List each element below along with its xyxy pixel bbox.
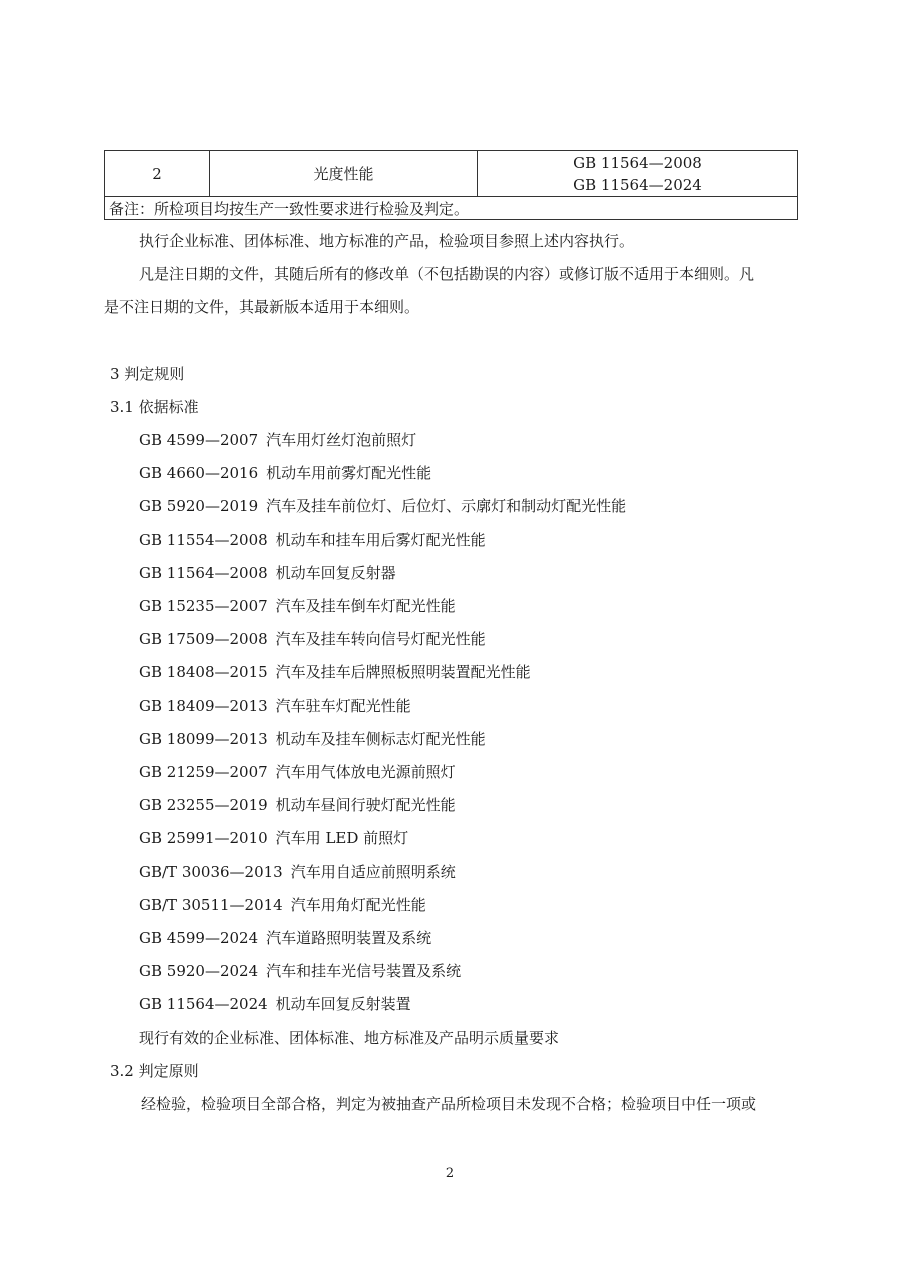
standards-cell: GB 11564—2008 GB 11564—2024 (478, 151, 798, 197)
standard-code: GB 5920—2024 (139, 961, 258, 981)
inspection-item: 光度性能 (210, 151, 478, 197)
standard-title: 汽车用自适应前照明系统 (291, 863, 456, 881)
standard-list-item: GB 17509—2008汽车及挂车转向信号灯配光性能 (139, 629, 486, 649)
standard-title: 机动车昼间行驶灯配光性能 (276, 796, 456, 814)
standard-list-item: GB 5920—2024汽车和挂车光信号装置及系统 (139, 961, 461, 981)
standard-code: GB 18408—2015 (139, 662, 268, 682)
standard-title: 汽车用角灯配光性能 (291, 896, 426, 914)
standard-list-item: GB 23255—2019机动车昼间行驶灯配光性能 (139, 795, 456, 815)
standard-list-item: GB 11564—2024机动车回复反射装置 (139, 994, 411, 1014)
standard-list-item: GB 4599—2024汽车道路照明装置及系统 (139, 928, 431, 948)
standard-list-item: GB 4599—2007汽车用灯丝灯泡前照灯 (139, 430, 416, 450)
standard-code: GB/T 30511—2014 (139, 895, 283, 915)
standard-title: 汽车用 LED 前照灯 (276, 829, 408, 847)
standards-closing-line: 现行有效的企业标准、团体标准、地方标准及产品明示质量要求 (139, 1028, 559, 1048)
standard-code: GB 5920—2019 (139, 496, 258, 516)
standard-list-item: GB 5920—2019汽车及挂车前位灯、后位灯、示廓灯和制动灯配光性能 (139, 496, 626, 516)
standard-title: 汽车及挂车转向信号灯配光性能 (276, 630, 486, 648)
standard-ref: GB 11564—2008 (478, 152, 797, 174)
page-number: 2 (0, 1166, 900, 1181)
standard-list-item: GB 15235—2007汽车及挂车倒车灯配光性能 (139, 596, 456, 616)
judgment-principle-text: 经检验，检验项目全部合格，判定为被抽查产品所检项目未发现不合格；检验项目中任一项… (141, 1094, 756, 1114)
standard-title: 机动车回复反射器 (276, 564, 396, 582)
standard-list-item: GB 25991—2010汽车用 LED 前照灯 (139, 828, 408, 848)
standard-code: GB 4599—2007 (139, 430, 258, 450)
table-note: 备注：所检项目均按生产一致性要求进行检验及判定。 (105, 197, 798, 220)
standard-title: 汽车道路照明装置及系统 (266, 929, 431, 947)
standard-code: GB 15235—2007 (139, 596, 268, 616)
section-heading-3: 3 判定规则 (110, 364, 184, 384)
standard-title: 机动车和挂车用后雾灯配光性能 (276, 531, 486, 549)
standard-code: GB 4660—2016 (139, 463, 258, 483)
standard-code: GB 11564—2008 (139, 563, 268, 583)
standard-code: GB/T 30036—2013 (139, 862, 283, 882)
standard-code: GB 4599—2024 (139, 928, 258, 948)
paragraph-enterprise-standards: 执行企业标准、团体标准、地方标准的产品，检验项目参照上述内容执行。 (139, 231, 634, 251)
standard-title: 汽车及挂车后牌照板照明装置配光性能 (276, 663, 531, 681)
document-page: 2 光度性能 GB 11564—2008 GB 11564—2024 备注：所检… (0, 0, 900, 1273)
standard-list-item: GB/T 30511—2014汽车用角灯配光性能 (139, 895, 426, 915)
standard-code: GB 25991—2010 (139, 828, 268, 848)
standard-title: 机动车用前雾灯配光性能 (266, 464, 431, 482)
section-heading-3-2: 3.2 判定原则 (110, 1061, 199, 1081)
standard-code: GB 18409—2013 (139, 696, 268, 716)
standard-list-item: GB 4660—2016机动车用前雾灯配光性能 (139, 463, 431, 483)
standard-title: 汽车及挂车前位灯、后位灯、示廓灯和制动灯配光性能 (266, 497, 626, 515)
standard-code: GB 11554—2008 (139, 530, 268, 550)
standard-list-item: GB 11564—2008机动车回复反射器 (139, 563, 396, 583)
standard-list-item: GB/T 30036—2013汽车用自适应前照明系统 (139, 862, 456, 882)
section-heading-3-1: 3.1 依据标准 (110, 397, 199, 417)
standard-title: 汽车及挂车倒车灯配光性能 (276, 597, 456, 615)
standard-ref: GB 11564—2024 (478, 174, 797, 196)
standard-title: 汽车驻车灯配光性能 (276, 697, 411, 715)
paragraph-dated-docs-line1: 凡是注日期的文件，其随后所有的修改单（不包括勘误的内容）或修订版不适用于本细则。… (139, 264, 754, 284)
standard-title: 汽车和挂车光信号装置及系统 (266, 962, 461, 980)
standard-code: GB 17509—2008 (139, 629, 268, 649)
standard-code: GB 21259—2007 (139, 762, 268, 782)
row-number: 2 (105, 151, 210, 197)
table-note-row: 备注：所检项目均按生产一致性要求进行检验及判定。 (105, 197, 798, 220)
inspection-items-table: 2 光度性能 GB 11564—2008 GB 11564—2024 备注：所检… (104, 150, 798, 220)
standard-title: 机动车及挂车侧标志灯配光性能 (276, 730, 486, 748)
standard-list-item: GB 11554—2008机动车和挂车用后雾灯配光性能 (139, 530, 486, 550)
standard-title: 汽车用灯丝灯泡前照灯 (266, 431, 416, 449)
standard-list-item: GB 18099—2013机动车及挂车侧标志灯配光性能 (139, 729, 486, 749)
standard-code: GB 23255—2019 (139, 795, 268, 815)
standard-code: GB 18099—2013 (139, 729, 268, 749)
standard-list-item: GB 21259—2007汽车用气体放电光源前照灯 (139, 762, 456, 782)
standard-title: 机动车回复反射装置 (276, 995, 411, 1013)
standard-list-item: GB 18408—2015汽车及挂车后牌照板照明装置配光性能 (139, 662, 531, 682)
standard-code: GB 11564—2024 (139, 994, 268, 1014)
paragraph-dated-docs-line2: 是不注日期的文件，其最新版本适用于本细则。 (104, 297, 419, 317)
standard-title: 汽车用气体放电光源前照灯 (276, 763, 456, 781)
standard-list-item: GB 18409—2013汽车驻车灯配光性能 (139, 696, 411, 716)
table-row: 2 光度性能 GB 11564—2008 GB 11564—2024 (105, 151, 798, 197)
